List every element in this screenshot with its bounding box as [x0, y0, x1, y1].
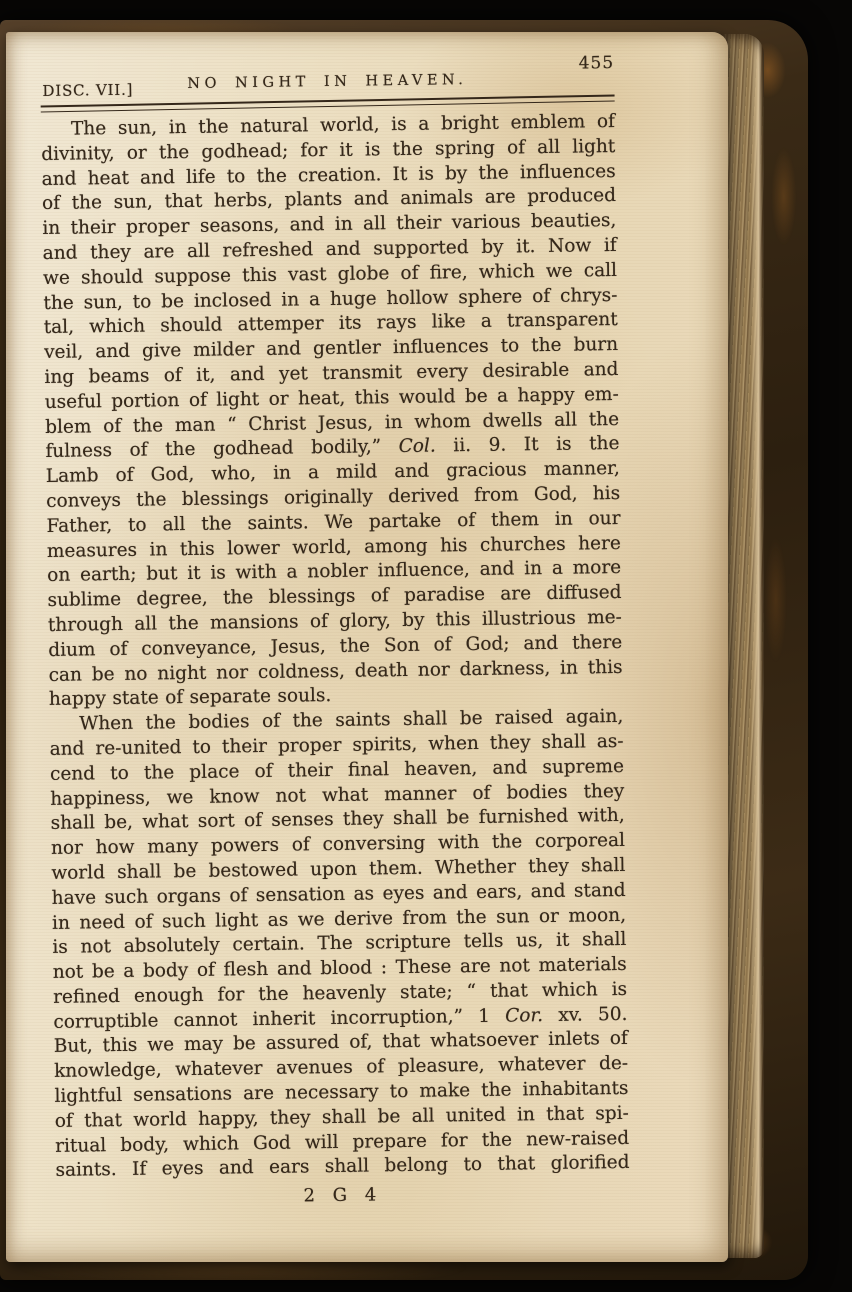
book-page: DISC. VII.] NO NIGHT IN HEAVEN. 455 The …	[6, 32, 728, 1262]
page-number: 455	[579, 53, 615, 73]
scanned-book-photo: { "colors":{ "paper":"#ecdfc2", "ink":"#…	[0, 0, 852, 1292]
running-header-title: NO NIGHT IN HEAVEN.	[40, 70, 614, 94]
book-fore-edge-pages	[722, 34, 764, 1258]
signature-mark: 2 G 4	[56, 1181, 630, 1210]
printed-content: DISC. VII.] NO NIGHT IN HEAVEN. 455 The …	[40, 50, 630, 1210]
text-block: The sun, in the natural world, is a brig…	[41, 110, 630, 1184]
